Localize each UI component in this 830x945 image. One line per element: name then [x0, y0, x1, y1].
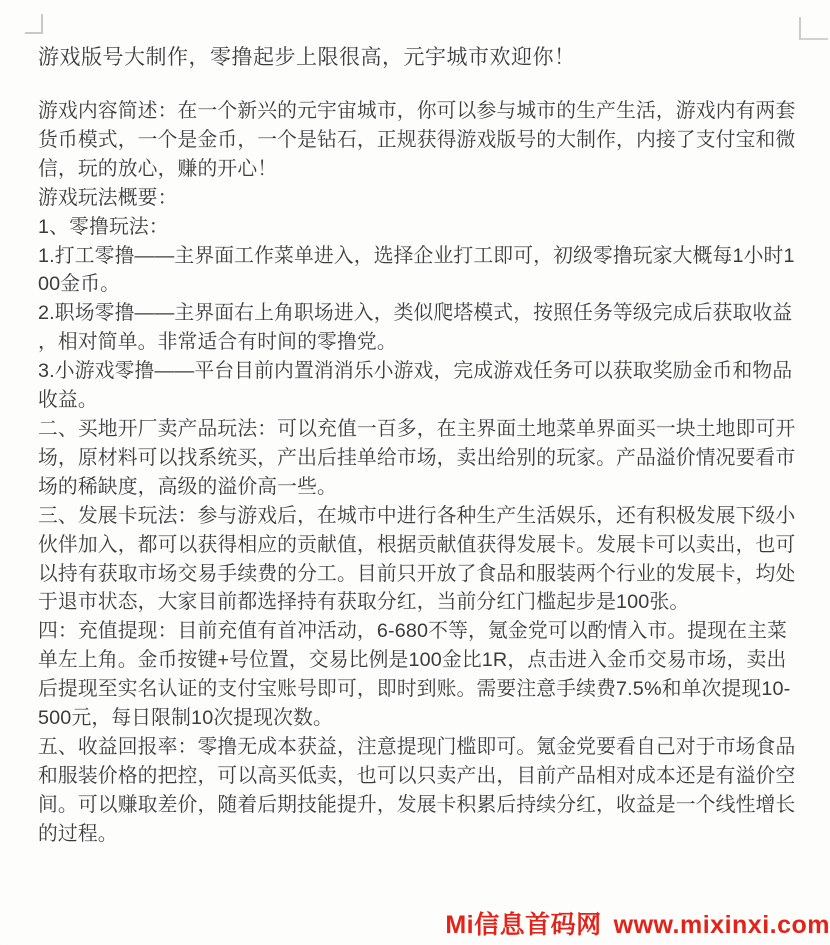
body-line: 三、发展卡玩法：参与游戏后，在城市中进行各种生产生活娱乐，还有积极发展下级小: [38, 502, 800, 531]
body-line: 后提现至实名认证的支付宝账号即可，即时到账。需要注意手续费7.5%和单次提现10…: [38, 675, 800, 704]
body-line: 场的稀缺度，高级的溢价高一些。: [38, 473, 800, 502]
body-line: 信，玩的放心，赚的开心！: [38, 155, 800, 184]
body-line: 3.小游戏零撸——平台目前内置消消乐小游戏，完成游戏任务可以获取奖励金币和物品: [38, 357, 800, 386]
body-line: 二、买地开厂卖产品玩法：可以充值一百多，在主界面土地菜单界面买一块土地即可开: [38, 415, 800, 444]
body-line: 于退市状态，大家目前都选择持有获取分红，当前分红门槛起步是100张。: [38, 588, 800, 617]
body-line: 00金币。: [38, 270, 800, 299]
body-line: 1.打工零撸——主界面工作菜单进入，选择企业打工即可，初级零撸玩家大概每1小时1: [38, 242, 800, 271]
body-line: 货币模式，一个是金币，一个是钻石，正规获得游戏版号的大制作，内接了支付宝和微: [38, 126, 800, 155]
watermark-site-name: Mi信息首码网: [445, 911, 601, 939]
body-line: 四：充值提现：目前充值有首冲活动，6-680不等，氪金党可以酌情入市。提现在主菜: [38, 617, 800, 646]
body-line: 游戏内容简述：在一个新兴的元宇宙城市，你可以参与城市的生产生活，游戏内有两套: [38, 97, 800, 126]
page-corner-mark-top-left: [25, 14, 43, 34]
document-body: 游戏内容简述：在一个新兴的元宇宙城市，你可以参与城市的生产生活，游戏内有两套货币…: [38, 97, 800, 849]
body-line: 和服装价格的把控，可以高买低卖，也可以只卖产出，目前产品相对成本还是有溢价空: [38, 762, 800, 791]
body-line: 五、收益回报率：零撸无成本获益，注意提现门槛即可。氪金党要看自己对于市场食品: [38, 733, 800, 762]
body-line: 2.职场零撸——主界面右上角职场进入，类似爬塔模式，按照任务等级完成后获取收益: [38, 299, 800, 328]
page-corner-mark-top-right: [799, 17, 828, 40]
body-line: 收益。: [38, 386, 800, 415]
body-line: 游戏玩法概要：: [38, 184, 800, 213]
body-line: 单左上角。金币按键+号位置，交易比例是100金比1R，点击进入金币交易市场，卖出: [38, 646, 800, 675]
watermark: Mi信息首码网www.mixinxi.com: [445, 905, 830, 941]
body-line: 的过程。: [38, 820, 800, 849]
body-line: 1、零撸玩法：: [38, 213, 800, 242]
page-title: 游戏版号大制作，零撸起步上限很高，元宇城市欢迎你！: [38, 41, 576, 71]
body-line: ，相对简单。非常适合有时间的零撸党。: [38, 328, 800, 357]
body-line: 以持有获取市场交易手续费的分工。目前只开放了食品和服装两个行业的发展卡，均处: [38, 560, 800, 589]
body-line: 间。可以赚取差价，随着后期技能提升，发展卡积累后持续分红，收益是一个线性增长: [38, 791, 800, 820]
document-page: 游戏版号大制作，零撸起步上限很高，元宇城市欢迎你！ 游戏内容简述：在一个新兴的元…: [0, 0, 830, 945]
watermark-site-url: www.mixinxi.com: [614, 911, 830, 939]
body-line: 场，原材料可以找系统买，产出后挂单给市场，卖出给别的玩家。产品溢价情况要看市: [38, 444, 800, 473]
body-line: 伙伴加入，都可以获得相应的贡献值，根据贡献值获得发展卡。发展卡可以卖出，也可: [38, 531, 800, 560]
body-line: 500元，每日限制10次提现次数。: [38, 704, 800, 733]
